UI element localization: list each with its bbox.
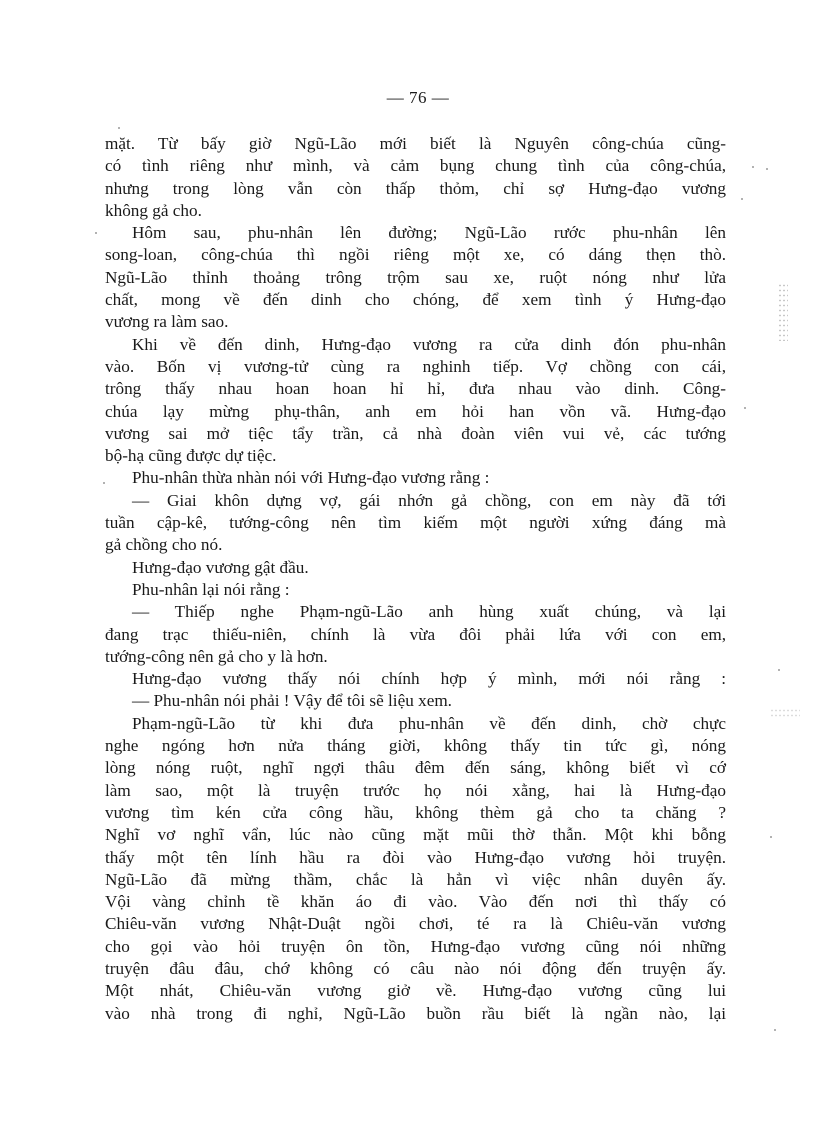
scan-speck <box>744 407 746 409</box>
text-line: nhưng trong lòng vẫn còn thấp thỏm, chỉ … <box>105 178 726 200</box>
text-line: mặt. Từ bấy giờ Ngũ-Lão mới biết là Nguy… <box>105 133 726 155</box>
text-line: không gả cho. <box>105 200 726 222</box>
page-number: — 76 — <box>0 88 816 108</box>
text-line: gả chồng cho nó. <box>105 534 726 556</box>
scan-speck <box>95 232 97 234</box>
paragraph-first-line: — Thiếp nghe Phạm-ngũ-Lão anh hùng xuất … <box>105 601 726 623</box>
text-line: Vội vàng chỉnh tề khăn áo đi vào. Vào đế… <box>105 891 726 913</box>
paragraph-first-line: Hôm sau, phu-nhân lên đường; Ngũ-Lão rướ… <box>105 222 726 244</box>
scan-speck <box>766 168 768 170</box>
paragraph-first-line: — Giai khôn dựng vợ, gái nhớn gả chồng, … <box>105 490 726 512</box>
paragraph-first-line: Phu-nhân thừa nhàn nói với Hưng-đạo vươn… <box>105 467 726 489</box>
text-line: Chiêu-văn vương Nhật-Duật ngồi chơi, té … <box>105 913 726 935</box>
text-line: Nghĩ vơ nghĩ vẩn, lúc nào cũng mặt mũi t… <box>105 824 726 846</box>
paragraph-first-line: — Phu-nhân nói phải ! Vậy để tôi sẽ liệu… <box>105 690 726 712</box>
text-line: chúa lạy mừng phụ-thân, anh em hỏi han v… <box>105 401 726 423</box>
scan-speck <box>774 1029 776 1031</box>
text-line: truyện đâu đâu, chớ không có câu nào nói… <box>105 958 726 980</box>
scan-speck <box>770 836 772 838</box>
text-line: bộ-hạ cũng được dự tiệc. <box>105 445 726 467</box>
text-line: nghe ngóng hơn nửa tháng giời, không thấ… <box>105 735 726 757</box>
scan-speck <box>118 127 120 129</box>
paragraph-first-line: Phu-nhân lại nói rằng : <box>105 579 726 601</box>
scan-speck <box>752 166 754 168</box>
text-line: Một nhát, Chiêu-văn vương giở về. Hưng-đ… <box>105 980 726 1002</box>
text-line: Ngũ-Lão đã mừng thầm, chắc là hẳn vì việ… <box>105 869 726 891</box>
text-line: vào. Bốn vị vương-tử cùng ra nghinh tiếp… <box>105 356 726 378</box>
scan-speck <box>741 198 743 200</box>
text-line: làm sao, một là truyện trước họ nói xằng… <box>105 780 726 802</box>
body-text: mặt. Từ bấy giờ Ngũ-Lão mới biết là Nguy… <box>105 133 726 1025</box>
text-line: vương sai mở tiệc tẩy trần, cả nhà đoàn … <box>105 423 726 445</box>
paragraph-first-line: Hưng-đạo vương thấy nói chính hợp ý mình… <box>105 668 726 690</box>
text-line: lòng nóng ruột, nghĩ ngợi thâu đêm đến s… <box>105 757 726 779</box>
text-line: vương ra làm sao. <box>105 311 726 333</box>
text-line: vương tìm kén cửa công hầu, không thèm g… <box>105 802 726 824</box>
text-line: tướng-công nên gả cho y là hơn. <box>105 646 726 668</box>
text-line: đang trạc thiếu-niên, chính là vừa đôi p… <box>105 624 726 646</box>
paragraph-first-line: Phạm-ngũ-Lão từ khi đưa phu-nhân về đến … <box>105 713 726 735</box>
text-line: vào nhà trong đi nghỉ, Ngũ-Lão buồn rầu … <box>105 1003 726 1025</box>
text-line: chất, mong về đến dinh cho chóng, để xem… <box>105 289 726 311</box>
text-line: Ngũ-Lão thỉnh thoảng trông trộm sau xe, … <box>105 267 726 289</box>
scan-speck <box>103 482 105 484</box>
text-line: tuần cập-kê, tướng-công nên tìm kiếm một… <box>105 512 726 534</box>
scan-speck <box>778 669 780 671</box>
text-line: trông thấy nhau hoan hoan hỉ hỉ, đưa nha… <box>105 378 726 400</box>
scan-noise-mark <box>770 708 800 718</box>
scan-noise-mark <box>778 283 788 341</box>
text-line: có tình riêng như mình, và cảm bụng chun… <box>105 155 726 177</box>
text-line: song-loan, công-chúa thì ngồi riêng một … <box>105 244 726 266</box>
paragraph-first-line: Khi về đến dinh, Hưng-đạo vương ra cửa d… <box>105 334 726 356</box>
text-line: cho gọi vào hỏi truyện ôn tồn, Hưng-đạo … <box>105 936 726 958</box>
paragraph-first-line: Hưng-đạo vương gật đầu. <box>105 557 726 579</box>
text-line: thấy một tên lính hầu ra đòi vào Hưng-đạ… <box>105 847 726 869</box>
